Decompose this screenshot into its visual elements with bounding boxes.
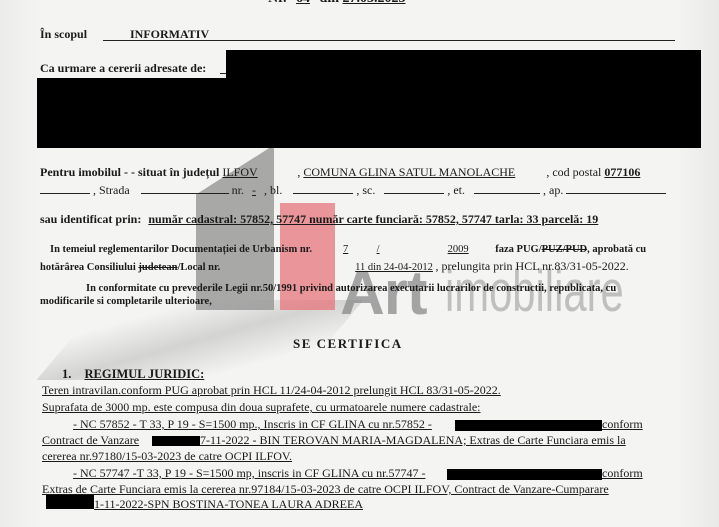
urbanism-line-2: hotărârea Consiliului judetean/Local nr.… xyxy=(40,259,629,274)
property-address-line: , Strada nr. - , bl. , sc. , et. , ap. xyxy=(40,183,666,198)
watermark-brand-art: Art xyxy=(340,268,427,320)
property-location-line: Pentru imobilul - - situat în județul IL… xyxy=(40,165,640,180)
certificate-number-line: Nr. 64 din 27.03.2023 xyxy=(268,0,406,7)
identification-value: număr cadastral: 57852, 57747 număr cart… xyxy=(148,212,598,226)
faza-label: faza xyxy=(495,244,514,255)
redacted-contract-number-2 xyxy=(46,495,94,509)
urbanism-line-1: In temeiul reglementarilor Documentației… xyxy=(50,244,646,255)
ap-field xyxy=(566,183,666,194)
street-field xyxy=(141,183,229,194)
section-line-3: - NC 57852 - T 33, P 19 - S=1500 mp., In… xyxy=(73,417,432,432)
section-line-5: cererea nr.97180/15-03-2023 de catre OCP… xyxy=(42,449,292,464)
section-line-6: - NC 57747 -T 33, P 19 - S=1500 mp, insc… xyxy=(73,466,425,481)
council-judetean: judetean xyxy=(138,262,177,273)
section-line-7: Extras de Carte Funciara emis la cererea… xyxy=(42,482,609,497)
nr-label: Nr. xyxy=(268,0,287,6)
redacted-owner-1 xyxy=(455,420,602,431)
bl-field xyxy=(293,183,353,194)
sc-label: , sc. xyxy=(356,183,375,197)
property-county: ILFOV xyxy=(222,165,294,180)
section-title: REGIMUL JURIDIC: xyxy=(85,367,205,381)
section-line-4: Contract de Vanzare xyxy=(42,433,139,448)
request-label: Ca urmare a cererii adresate de: xyxy=(40,61,206,76)
identification-line: sau identificat prin: număr cadastral: 5… xyxy=(40,212,598,227)
approved-text: , aprobată cu xyxy=(587,244,646,255)
certifies-title: SE CERTIFICA xyxy=(293,336,403,352)
bl-label: , bl. xyxy=(264,183,282,197)
urbanism-doc-number: 7 xyxy=(315,244,377,255)
et-label: , et. xyxy=(447,183,465,197)
section-line-1: Teren intravilan.conform PUG aprobat pri… xyxy=(42,383,501,398)
blank-field xyxy=(40,183,90,194)
urbanism-doc-year: 2009 xyxy=(417,244,493,255)
certificate-date: 27.03.2023 xyxy=(343,0,406,6)
property-intro: Pentru imobilul - - situat în județul xyxy=(40,165,219,179)
faza-pug: PUG/ xyxy=(517,244,542,255)
property-locality: COMUNA GLINA SATUL MANOLACHE xyxy=(303,165,543,180)
section-number: 1. xyxy=(62,367,71,381)
section-line-8: 1-11-2022-SPN BOSTINA-TONEA LAURA ADREEA xyxy=(94,497,363,512)
postal-code-label: , cod postal xyxy=(546,165,601,179)
council-text: hotărârea Consiliului xyxy=(40,262,136,273)
redacted-requester-details xyxy=(37,78,701,148)
law-line-2: modificarile si completarile ulterioare, xyxy=(40,296,212,307)
scope-value: INFORMATIV xyxy=(130,27,209,42)
identification-label: sau identificat prin: xyxy=(40,212,141,226)
redacted-owner-2 xyxy=(447,469,602,480)
street-nr-value: - xyxy=(247,183,261,198)
urbanism-slash: / xyxy=(377,244,417,255)
street-label: , Strada xyxy=(93,183,130,197)
section-line-6-end: conform xyxy=(602,466,643,481)
faza-puz-pud: PUZ/PUD xyxy=(542,244,588,255)
section-line-2: Suprafata de 3000 mp. este compusa din d… xyxy=(42,400,481,415)
council-local: /Local nr. xyxy=(178,262,221,273)
hcl-value: 11 din 24-04-2012 xyxy=(233,262,433,273)
urbanism-text: In temeiul reglementarilor Documentației… xyxy=(50,244,312,255)
law-line-1: In conformitate cu prevederile Legii nr.… xyxy=(86,283,616,294)
postal-code: 077106 xyxy=(604,165,640,179)
scope-label: În scopul xyxy=(40,27,87,42)
date-label: din xyxy=(320,0,339,6)
section-line-4-end: 7-11-2022 - BIN TEROVAN MARIA-MAGDALENA;… xyxy=(200,433,626,448)
section-line-3-end: conform xyxy=(602,417,643,432)
document-page: Art imobiliare Nr. 64 din 27.03.2023 În … xyxy=(0,0,719,527)
et-field xyxy=(474,183,540,194)
hcl-extension: , prelungita prin HCL nr.83/31-05-2022. xyxy=(436,259,629,273)
section-1-heading: 1. REGIMUL JURIDIC: xyxy=(62,367,204,382)
sc-field xyxy=(384,183,444,194)
ap-label: , ap. xyxy=(543,183,563,197)
certificate-number: 64 xyxy=(290,0,316,6)
street-nr-label: nr. xyxy=(232,183,244,197)
redacted-contract-number-1 xyxy=(152,436,200,446)
redacted-requester-name xyxy=(226,50,701,79)
